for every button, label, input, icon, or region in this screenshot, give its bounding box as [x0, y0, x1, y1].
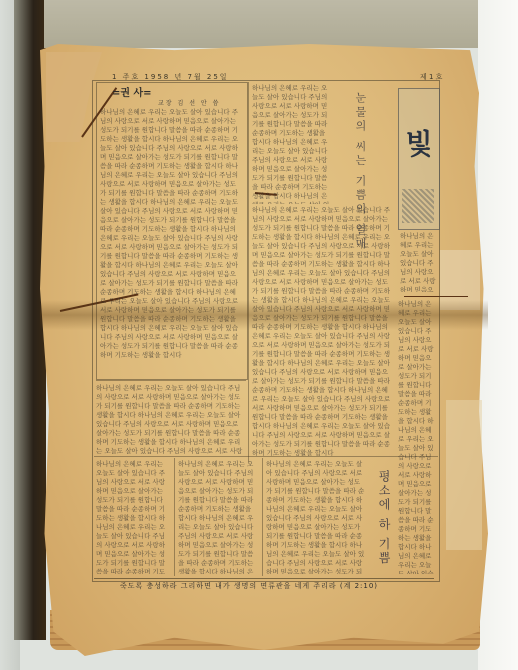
- masthead-caption: 하나님의 은혜로 우리는 오늘도 살아 있습니다 주님의 사랑으로 서로 사랑하…: [400, 232, 436, 292]
- backing-board: [44, 0, 478, 48]
- right-column-body: 하나님의 은혜로 우리는 오늘도 살아 있습니다 주님의 사랑으로 서로 사랑하…: [398, 300, 434, 574]
- masthead-box: 빛: [398, 88, 440, 230]
- lower-article-body: 하나님의 은혜로 우리는 오늘도 살아 있습니다 주님의 사랑으로 서로 사랑하…: [96, 384, 246, 454]
- footer-quote: 죽도록 충성하라 그리하면 내가 생명의 면류관을 네게 주리라 (계 2:10…: [120, 581, 378, 591]
- column-rule: [262, 458, 263, 576]
- editorial-byline: 교장 김 선 안 씀: [158, 98, 220, 107]
- editorial-body: 하나님의 은혜로 우리는 오늘도 살아 있습니다 주님의 사랑으로 서로 사랑하…: [100, 108, 242, 372]
- article-body: 하나님의 은혜로 우리는 오늘도 살아 있습니다 주님의 사랑으로 서로 사랑하…: [252, 206, 392, 456]
- column-rule: [174, 458, 175, 576]
- footer-rule: [94, 578, 434, 579]
- column-rule: [248, 82, 249, 462]
- torn-edge: [446, 400, 482, 550]
- fold-shadow: [40, 300, 488, 330]
- bottom-article-body: 하나님의 은혜로 우리는 오늘도 살아 있습니다 주님의 사랑으로 서로 사랑하…: [178, 460, 258, 574]
- bottom-article-body: 하나님의 은혜로 우리는 오늘도 살아 있습니다 주님의 사랑으로 서로 사랑하…: [96, 460, 170, 574]
- section-rule: [96, 380, 246, 381]
- section-rule: [94, 456, 438, 457]
- article-body: 하나님의 은혜로 우리는 오늘도 살아 있습니다 주님의 사랑으로 서로 사랑하…: [252, 84, 332, 204]
- bottom-headline-vertical: 평소에 하 기쁨: [376, 470, 393, 566]
- bottom-article-body: 하나님의 은혜로 우리는 오늘도 살아 있습니다 주님의 사랑으로 서로 사랑하…: [266, 460, 366, 574]
- masthead-title: 빛: [403, 129, 431, 157]
- editorial-title: =권 사=: [112, 84, 152, 99]
- masthead-illustration: [402, 189, 434, 223]
